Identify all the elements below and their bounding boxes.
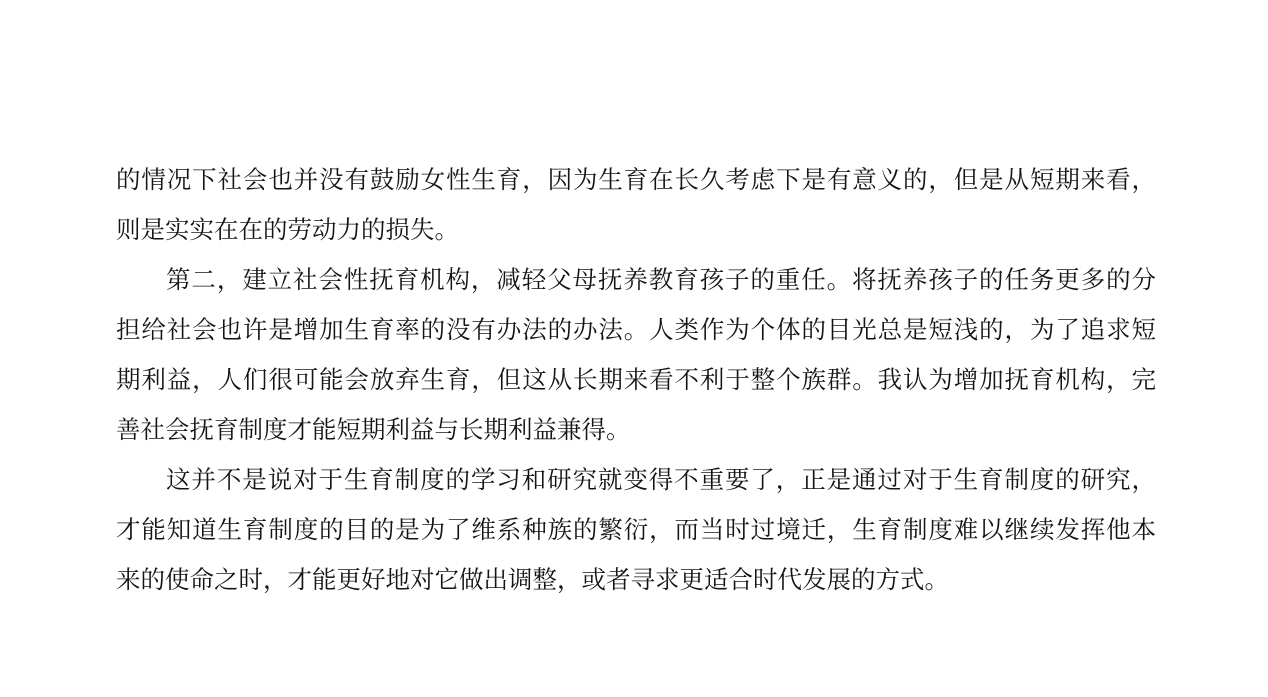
paragraph-3-line-1: 这并不是说对于生育制度的学习和研究就变得不重要了，正是通过对于生育制度的研究，: [166, 463, 1156, 497]
paragraph-1-line-2: 则是实实在在的劳动力的损失。: [116, 213, 1156, 247]
paragraph-1-line-1: 的情况下社会也并没有鼓励女性生育，因为生育在长久考虑下是有意义的，但是从短期来看…: [116, 163, 1156, 197]
paragraph-2-line-3: 期利益，人们很可能会放弃生育，但这从长期来看不利于整个族群。我认为增加抚育机构，…: [116, 363, 1156, 397]
paragraph-3-line-3: 来的使命之时，才能更好地对它做出调整，或者寻求更适合时代发展的方式。: [116, 563, 1156, 597]
paragraph-2-line-4: 善社会抚育制度才能短期利益与长期利益兼得。: [116, 413, 1156, 447]
paragraph-3-line-2: 才能知道生育制度的目的是为了维系种族的繁衍，而当时过境迁，生育制度难以继续发挥他…: [116, 513, 1156, 547]
paragraph-2-line-2: 担给社会也许是增加生育率的没有办法的办法。人类作为个体的目光总是短浅的，为了追求…: [116, 313, 1156, 347]
document-page: 的情况下社会也并没有鼓励女性生育，因为生育在长久考虑下是有意义的，但是从短期来看…: [0, 0, 1268, 697]
paragraph-2-line-1: 第二，建立社会性抚育机构，减轻父母抚养教育孩子的重任。将抚养孩子的任务更多的分: [166, 263, 1156, 297]
